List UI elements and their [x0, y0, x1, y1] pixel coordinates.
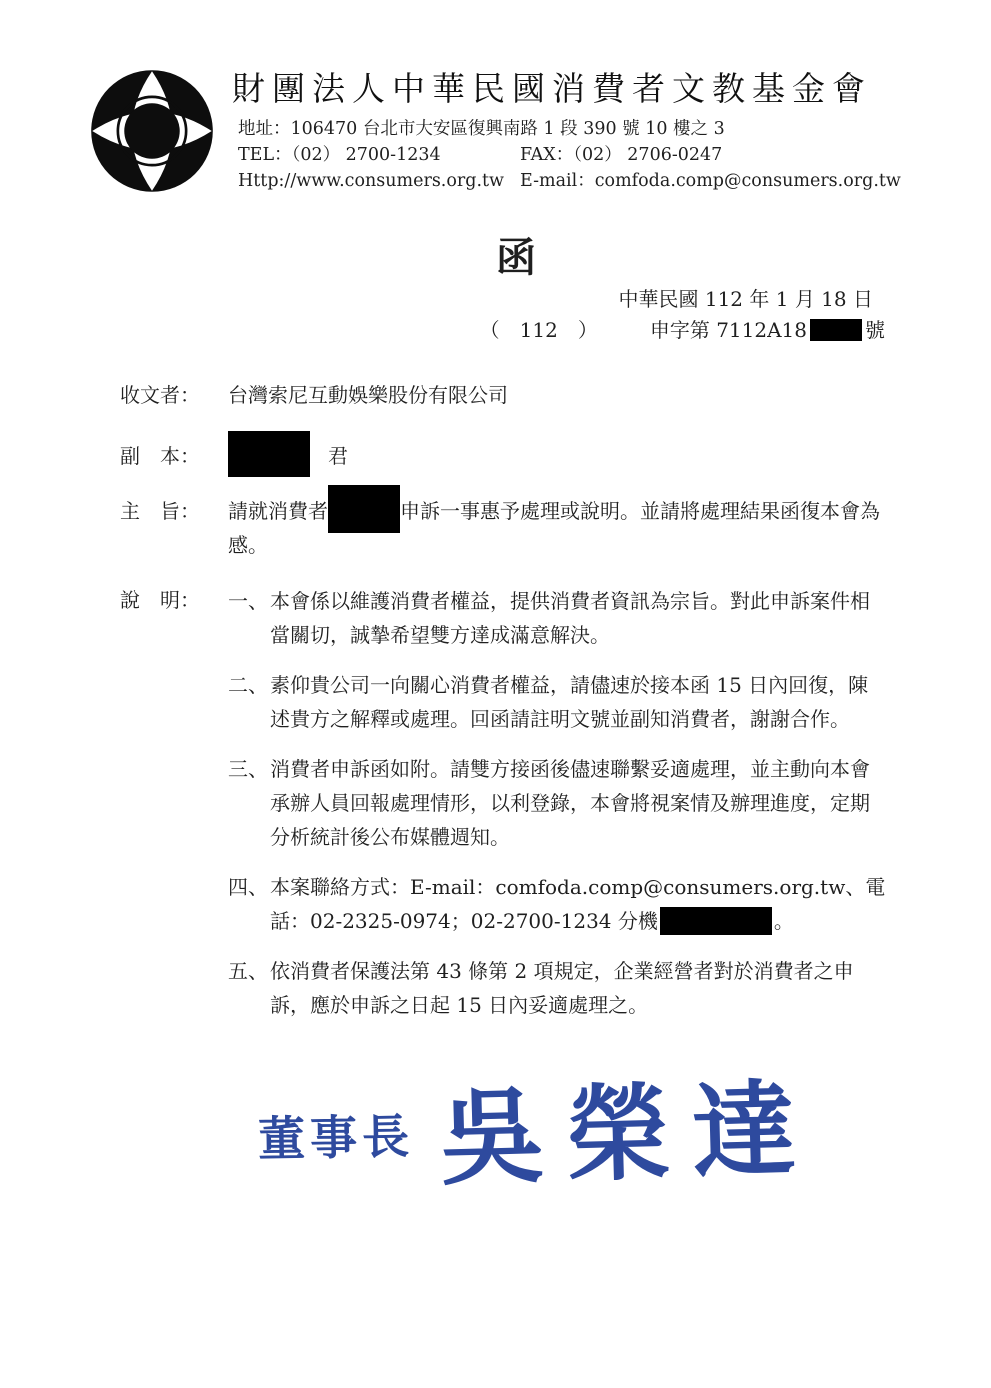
- letter-page: 財團法人中華民國消費者文教基金會 地址：106470 台北市大安區復興南路 1 …: [0, 0, 991, 1388]
- letter-date: 中華民國 112 年 1 月 18 日: [619, 283, 874, 312]
- subject-row: 主 旨： 請就消費者申訴一事惠予處理或說明。並請將處理結果函復本會為感。: [120, 494, 886, 562]
- recipient-value: 台灣索尼互動娛樂股份有限公司: [228, 380, 508, 410]
- org-name: 財團法人中華民國消費者文教基金會: [232, 70, 901, 108]
- explanation-item-4: 四、 本案聯絡方式：E-mail：comfoda.comp@consumers.…: [228, 870, 886, 938]
- item-number: 一、: [228, 584, 270, 652]
- item-number: 四、: [228, 870, 270, 938]
- ref-number-suffix: 號: [865, 318, 885, 342]
- org-website: Http://www.consumers.org.tw: [238, 168, 520, 194]
- item-text: 本案聯絡方式：E-mail：comfoda.comp@consumers.org…: [270, 870, 886, 938]
- doc-type-title: 函: [496, 226, 538, 283]
- org-address: 地址：106470 台北市大安區復興南路 1 段 390 號 10 樓之 3: [238, 116, 725, 142]
- recipient-row: 收文者： 台灣索尼互動娛樂股份有限公司: [120, 380, 886, 410]
- org-email: E-mail：comfoda.comp@consumers.org.tw: [520, 168, 901, 194]
- org-tel: TEL：（02） 2700-1234: [238, 142, 520, 168]
- redaction-phone-extension: [660, 907, 772, 935]
- org-fax: FAX：（02） 2706-0247: [520, 142, 722, 168]
- ref-line: （ 112 ） 申字第 7112A18號: [480, 314, 885, 343]
- ref-number-prefix: 申字第 7112A18: [650, 318, 807, 342]
- item-text: 消費者申訴函如附。請雙方接函後儘速聯繫妥適處理，並主動向本會承辦人員回報處理情形…: [270, 752, 886, 854]
- explanation-label: 說 明：: [120, 584, 228, 1038]
- letterhead: 財團法人中華民國消費者文教基金會 地址：106470 台北市大安區復興南路 1 …: [88, 64, 901, 198]
- signature-block: 董事長 吳榮達: [258, 1072, 818, 1197]
- cc-label: 副 本：: [120, 440, 228, 469]
- item-text: 素仰貴公司一向關心消費者權益，請儘速於接本函 15 日內回復，陳述貴方之解釋或處…: [270, 668, 886, 736]
- ref-number: 申字第 7112A18號: [650, 314, 885, 343]
- consumers-foundation-logo: [88, 64, 216, 198]
- cc-suffix: 君: [328, 440, 348, 469]
- item-number: 五、: [228, 954, 270, 1022]
- signature-name: 吳榮達: [438, 1067, 819, 1202]
- redaction-ref-number: [810, 319, 862, 341]
- org-info: 財團法人中華民國消費者文教基金會 地址：106470 台北市大安區復興南路 1 …: [232, 64, 901, 198]
- explanation-item-3: 三、 消費者申訴函如附。請雙方接函後儘速聯繫妥適處理，並主動向本會承辦人員回報處…: [228, 752, 886, 854]
- signature-title: 董事長: [257, 1100, 414, 1170]
- subject-text: 請就消費者申訴一事惠予處理或說明。並請將處理結果函復本會為感。: [228, 494, 886, 562]
- ref-year: （ 112 ）: [480, 314, 598, 343]
- explanation-item-2: 二、 素仰貴公司一向關心消費者權益，請儘速於接本函 15 日內回復，陳述貴方之解…: [228, 668, 886, 736]
- item-text: 本會係以維護消費者權益，提供消費者資訊為宗旨。對此申訴案件相當關切，誠摯希望雙方…: [270, 584, 886, 652]
- recipient-label: 收文者：: [120, 380, 228, 410]
- redaction-cc-name: [228, 431, 310, 477]
- item-number: 二、: [228, 668, 270, 736]
- explanation-item-5: 五、 依消費者保護法第 43 條第 2 項規定，企業經營者對於消費者之申訴，應於…: [228, 954, 886, 1022]
- explanation-items: 一、 本會係以維護消費者權益，提供消費者資訊為宗旨。對此申訴案件相當關切，誠摯希…: [228, 584, 886, 1038]
- subject-text-before: 請就消費者: [228, 499, 328, 523]
- eye-logo-icon: [88, 64, 216, 198]
- redaction-consumer-name: [328, 502, 400, 520]
- explanation-section: 說 明： 一、 本會係以維護消費者權益，提供消費者資訊為宗旨。對此申訴案件相當關…: [120, 584, 886, 1038]
- org-contact-block: 地址：106470 台北市大安區復興南路 1 段 390 號 10 樓之 3 T…: [238, 116, 901, 194]
- cc-row: 副 本： 君: [120, 430, 886, 478]
- item-text: 依消費者保護法第 43 條第 2 項規定，企業經營者對於消費者之申訴，應於申訴之…: [270, 954, 886, 1022]
- item-number: 三、: [228, 752, 270, 854]
- item-text-after: 。: [774, 909, 794, 933]
- explanation-item-1: 一、 本會係以維護消費者權益，提供消費者資訊為宗旨。對此申訴案件相當關切，誠摯希…: [228, 584, 886, 652]
- subject-label: 主 旨：: [120, 494, 228, 562]
